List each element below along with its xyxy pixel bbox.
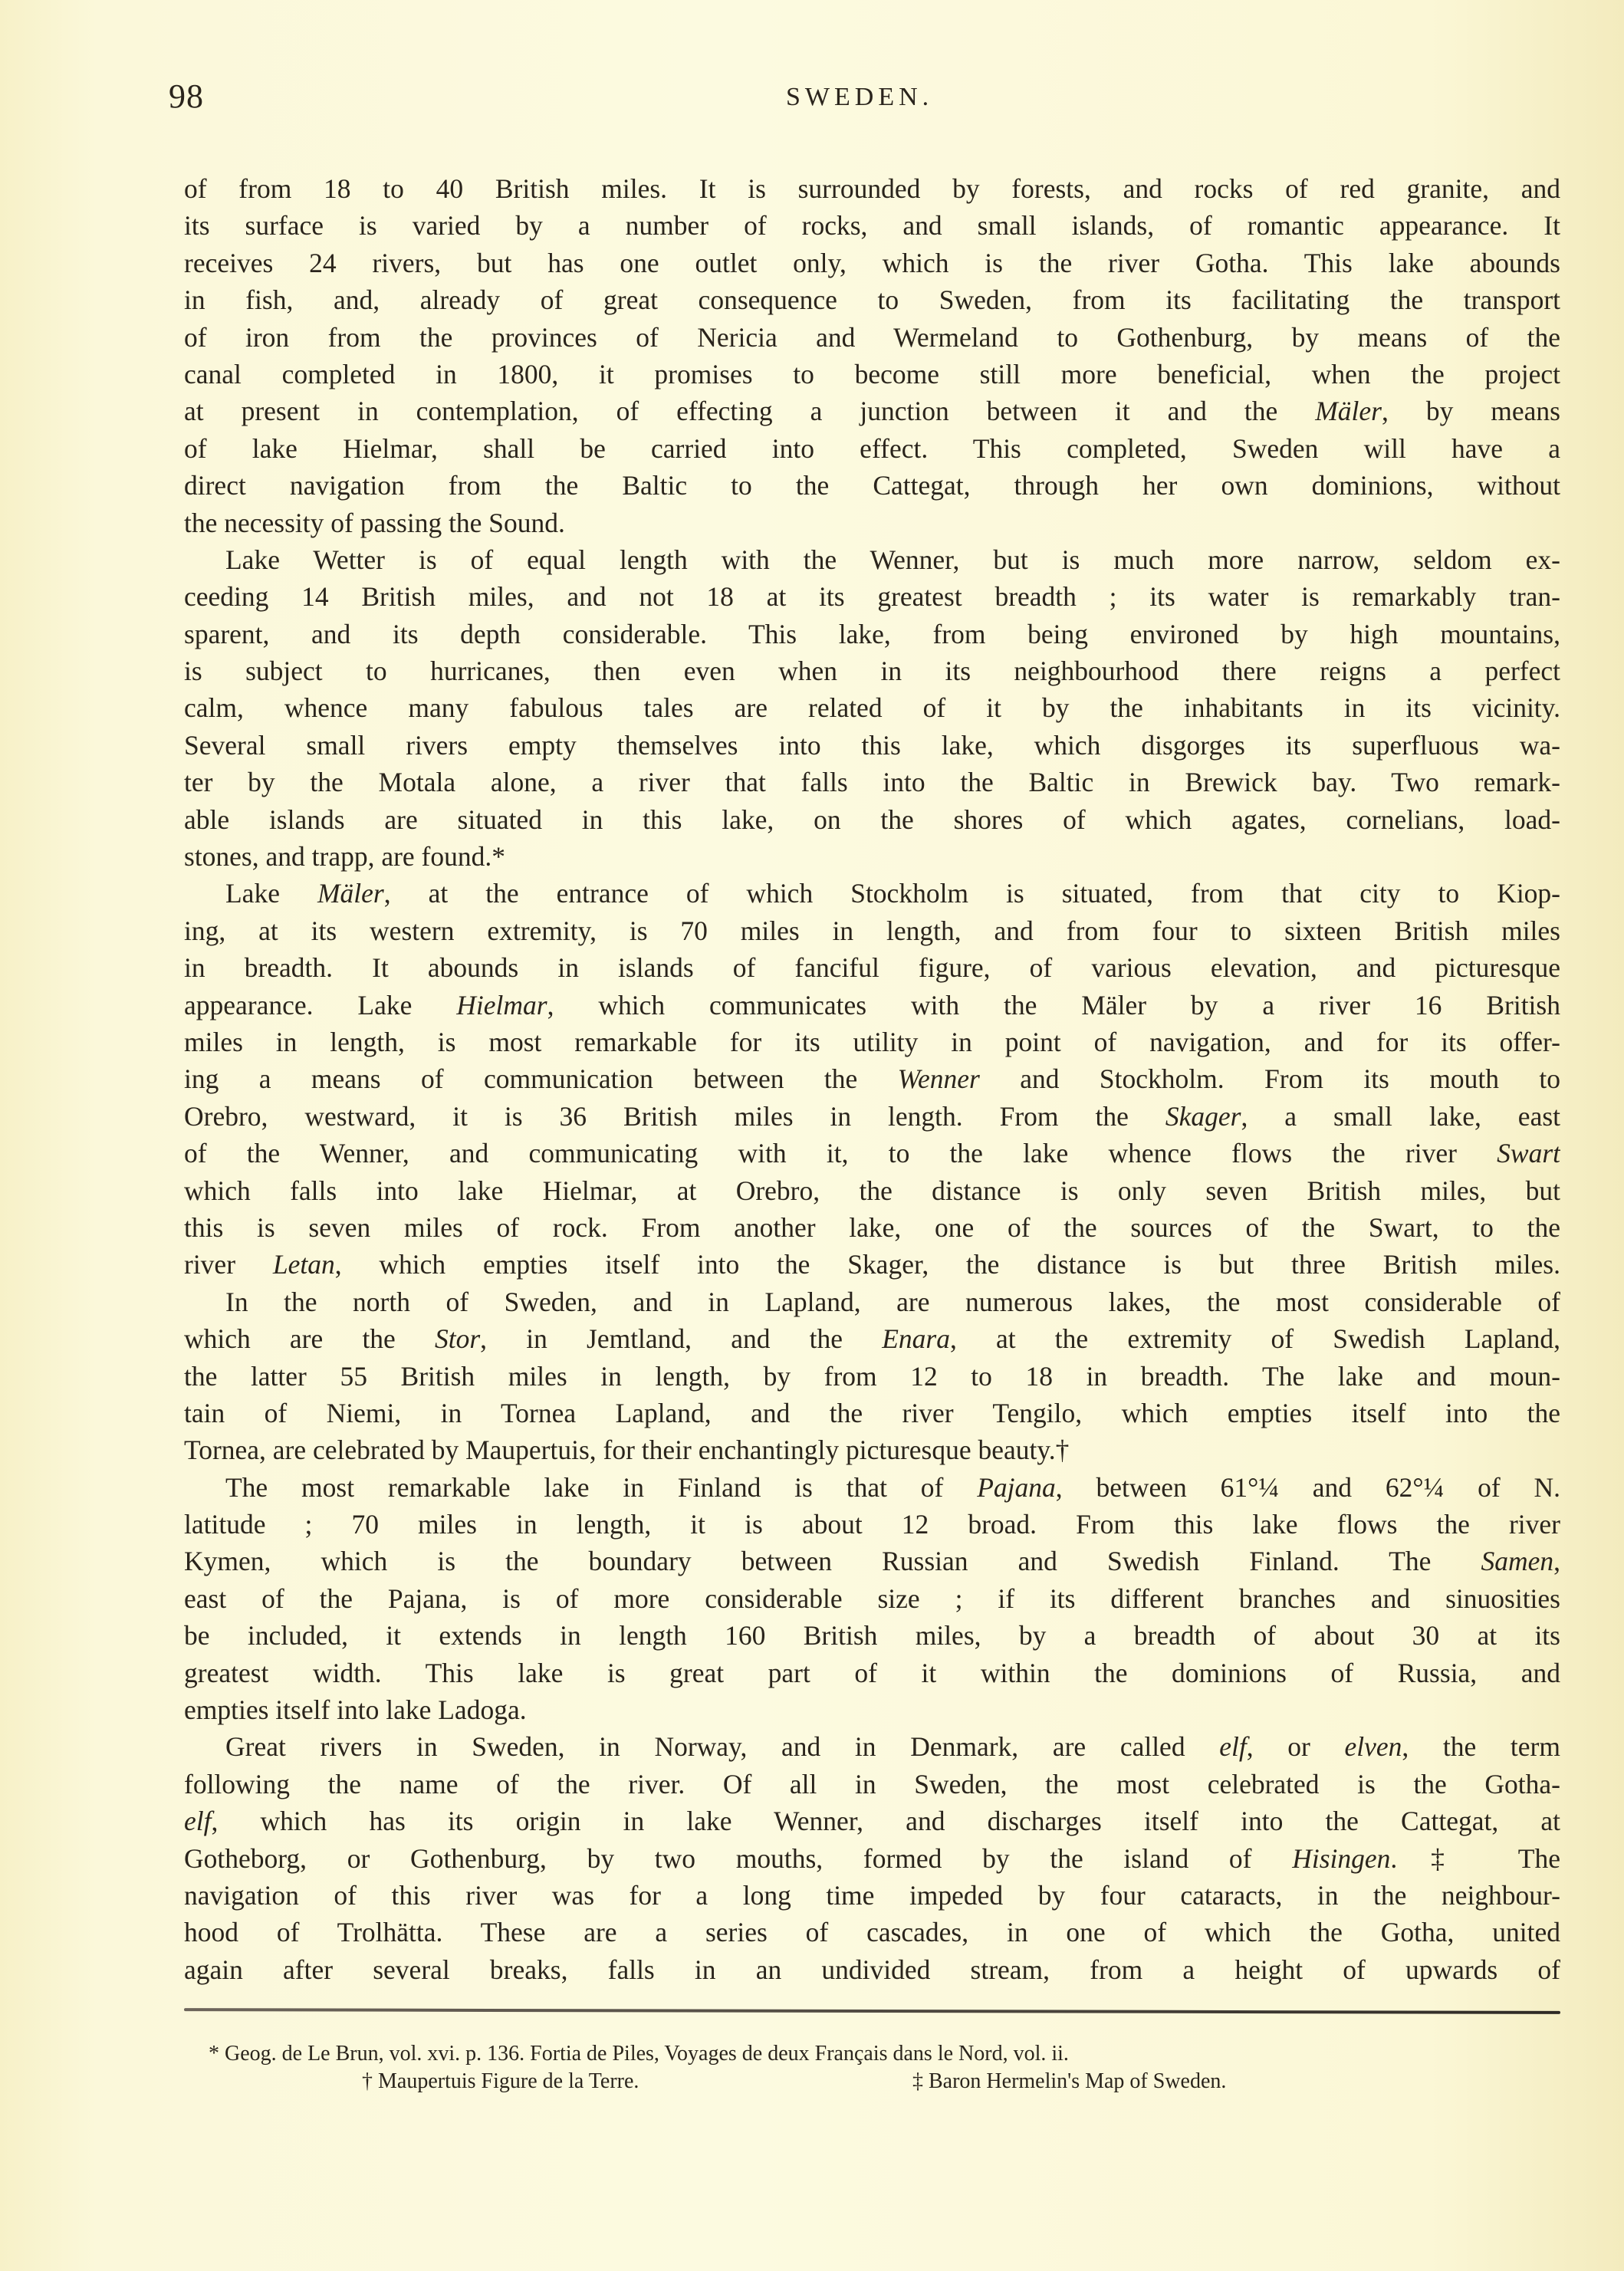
- text-line: sparent, and its depth considerable. Thi…: [184, 616, 1560, 652]
- italic-term: Skager: [1165, 1101, 1241, 1132]
- text-line: Orebro, westward, it is 36 British miles…: [184, 1098, 1560, 1135]
- text-line: its surface is varied by a number of roc…: [184, 207, 1560, 244]
- text-line: is subject to hurricanes, then even when…: [184, 652, 1560, 689]
- text-line: empties itself into lake Ladoga.: [184, 1691, 1560, 1728]
- footnote-double-dagger: ‡ Baron Hermelin's Map of Sweden.: [912, 2068, 1226, 2095]
- italic-term: Swart: [1497, 1138, 1560, 1168]
- text-line: Tornea, are celebrated by Maupertuis, fo…: [184, 1431, 1560, 1468]
- text-line: which falls into lake Hielmar, at Orebro…: [184, 1172, 1560, 1209]
- text-line: which are the Stor, in Jemtland, and the…: [184, 1320, 1560, 1357]
- text-line: Great rivers in Sweden, in Norway, and i…: [184, 1728, 1560, 1765]
- text-line: Kymen, which is the boundary between Rus…: [184, 1543, 1560, 1579]
- footnote-rule: [184, 2008, 1560, 2014]
- text-line: ter by the Motala alone, a river that fa…: [184, 764, 1560, 800]
- footnote-asterisk: * Geog. de Le Brun, vol. xvi. p. 136. Fo…: [184, 2042, 1069, 2066]
- text-line: of lake Hielmar, shall be carried into e…: [184, 430, 1560, 467]
- text-line: Lake Wetter is of equal length with the …: [184, 541, 1560, 578]
- text-line: The most remarkable lake in Finland is t…: [184, 1469, 1560, 1506]
- text-line: hood of Trolhätta. These are a series of…: [184, 1914, 1560, 1951]
- text-line: elf, which has its origin in lake Wenner…: [184, 1803, 1560, 1839]
- text-line: again after several breaks, falls in an …: [184, 1951, 1560, 1988]
- footnote-dagger: † Maupertuis Figure de la Terre.: [362, 2068, 639, 2095]
- text-line: this is seven miles of rock. From anothe…: [184, 1209, 1560, 1246]
- text-line: of from 18 to 40 British miles. It is su…: [184, 170, 1560, 207]
- italic-term: elf: [1219, 1731, 1246, 1762]
- italic-term: Letan: [273, 1249, 335, 1280]
- text-line: the necessity of passing the Sound.: [184, 504, 1560, 541]
- text-line: in fish, and, already of great consequen…: [184, 281, 1560, 318]
- text-line: navigation of this river was for a long …: [184, 1877, 1560, 1914]
- text-line: Gotheborg, or Gothenburg, by two mouths,…: [184, 1840, 1560, 1877]
- italic-term: Mäler: [317, 878, 384, 909]
- text-line: appearance. Lake Hielmar, which communic…: [184, 987, 1560, 1024]
- text-line: miles in length, is most remarkable for …: [184, 1024, 1560, 1060]
- italic-term: Stor: [435, 1323, 480, 1354]
- text-line: of iron from the provinces of Nericia an…: [184, 319, 1560, 356]
- italic-term: Mäler: [1315, 396, 1382, 426]
- text-line: ceeding 14 British miles, and not 18 at …: [184, 578, 1560, 615]
- italic-term: Pajana: [977, 1472, 1056, 1503]
- text-line: Lake Mäler, at the entrance of which Sto…: [184, 875, 1560, 912]
- text-line: In the north of Sweden, and in Lapland, …: [184, 1283, 1560, 1320]
- footnote-row-2: † Maupertuis Figure de la Terre. ‡ Baron…: [184, 2068, 1560, 2095]
- italic-term: Samen: [1481, 1546, 1553, 1576]
- text-line: east of the Pajana, is of more considera…: [184, 1580, 1560, 1617]
- text-line: ing, at its western extremity, is 70 mil…: [184, 912, 1560, 949]
- footnote-row-1: * Geog. de Le Brun, vol. xvi. p. 136. Fo…: [184, 2040, 1560, 2068]
- book-page: 98 SWEDEN. of from 18 to 40 British mile…: [184, 77, 1560, 2095]
- text-line: Several small rivers empty themselves in…: [184, 727, 1560, 764]
- running-head: 98 SWEDEN.: [184, 77, 1560, 130]
- text-line: receives 24 rivers, but has one outlet o…: [184, 245, 1560, 281]
- italic-term: Wenner: [898, 1063, 980, 1094]
- italic-term: elven: [1344, 1731, 1402, 1762]
- text-line: canal completed in 1800, it promises to …: [184, 356, 1560, 393]
- text-line: ing a means of communication between the…: [184, 1060, 1560, 1097]
- running-title: SWEDEN.: [786, 83, 933, 112]
- text-line: be included, it extends in length 160 Br…: [184, 1617, 1560, 1654]
- italic-term: Enara: [882, 1323, 950, 1354]
- text-line: tain of Niemi, in Tornea Lapland, and th…: [184, 1395, 1560, 1431]
- footnotes: * Geog. de Le Brun, vol. xvi. p. 136. Fo…: [184, 2040, 1560, 2095]
- italic-term: Hisingen: [1292, 1843, 1390, 1874]
- text-line: of the Wenner, and communicating with it…: [184, 1135, 1560, 1172]
- text-line: able islands are situated in this lake, …: [184, 801, 1560, 838]
- text-line: direct navigation from the Baltic to the…: [184, 467, 1560, 504]
- body-text: of from 18 to 40 British miles. It is su…: [184, 170, 1560, 1988]
- text-line: in breadth. It abounds in islands of fan…: [184, 949, 1560, 986]
- text-line: following the name of the river. Of all …: [184, 1766, 1560, 1803]
- italic-term: Hielmar: [456, 990, 547, 1020]
- text-line: latitude ; 70 miles in length, it is abo…: [184, 1506, 1560, 1543]
- text-line: greatest width. This lake is great part …: [184, 1655, 1560, 1691]
- text-line: calm, whence many fabulous tales are rel…: [184, 689, 1560, 726]
- text-line: at present in contemplation, of effectin…: [184, 393, 1560, 429]
- text-line: stones, and trapp, are found.*: [184, 838, 1560, 875]
- italic-term: elf: [184, 1806, 211, 1836]
- text-line: the latter 55 British miles in length, b…: [184, 1358, 1560, 1395]
- page-number: 98: [169, 77, 204, 116]
- text-line: river Letan, which empties itself into t…: [184, 1246, 1560, 1283]
